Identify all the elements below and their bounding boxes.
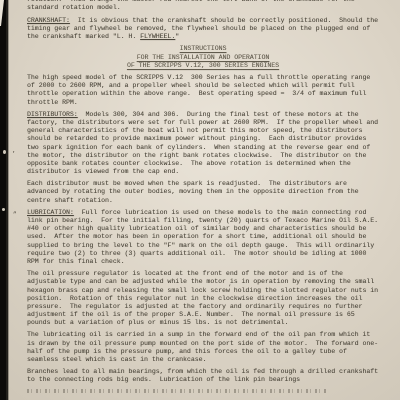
scan-edge-speck [3,150,6,154]
intro-fragment-text: rotation. This brings the master rod nea… [27,0,359,11]
heading-line-3: OF THE SCRIPPS V.12, 300 SERIES ENGINES [27,62,379,70]
document-text-column: rotation. This brings the master rod nea… [27,0,379,393]
branches-text: Branches lead to all main bearings, from… [27,368,382,383]
distributors-text: Models 300, 304 and 306. During the fina… [27,111,382,175]
paragraph-crankshaft: CRANKSHAFT: It is obvious that the crank… [27,17,379,41]
lubrication-text: Full force lubrication is used on these … [27,209,382,265]
heading-line-2: FOR THE INSTALLATION AND OPERATION [27,54,379,62]
clipped-text-line [27,389,327,393]
each-distributor-text: Each distributor must be moved when the … [27,180,362,203]
paragraph-oil-regulator: The oil pressure regulator is located at… [27,270,379,327]
paragraph-intro-fragment: rotation. This brings the master rod nea… [27,0,379,12]
scan-edge-speck [2,208,5,211]
high-speed-text: The high speed model of the SCRIPPS V.12… [27,74,374,105]
paragraph-oil-sump: The lubricating oil is carried in a sump… [27,331,379,363]
paragraph-distributors: DISTRIBUTORS: Models 300, 304 and 306. D… [27,111,379,176]
crankshaft-text: It is obvious that the crankshaft should… [27,17,382,40]
paper-speck: ” [13,212,17,218]
paragraph-branches: Branches lead to all main bearings, from… [27,368,379,384]
heading-line-1: INSTRUCTIONS [27,45,379,53]
heading-line-1-text: INSTRUCTIONS [180,45,227,52]
oil-regulator-text: The oil pressure regulator is located at… [27,270,382,326]
flywheel-underlined-word: FLYWHEEL. [140,33,175,40]
heading-line-2-text: FOR THE INSTALLATION AND OPERATION [137,54,270,61]
scanned-document-page: { "page": { "kind": "scanned typewritten… [0,0,400,400]
heading-line-3-text: OF THE SCRIPPS V.12, 300 SERIES ENGINES [127,62,279,69]
crankshaft-text-end: " [175,33,179,40]
paragraph-each-distributor: Each distributor must be moved when the … [27,180,379,204]
paper-speck: ’ [228,285,232,291]
scan-black-edge [0,0,9,400]
paragraph-lubrication: LUBRICATION: Full force lubrication is u… [27,209,379,266]
lubrication-label: LUBRICATION: [27,209,74,216]
crankshaft-label: CRANKSHAFT: [27,17,70,24]
oil-sump-text: The lubricating oil is carried in a sump… [27,331,378,362]
paragraph-high-speed: The high speed model of the SCRIPPS V.12… [27,74,379,106]
document-heading: INSTRUCTIONS FOR THE INSTALLATION AND OP… [27,45,379,69]
paper-sheet: rotation. This brings the master rod nea… [0,0,400,400]
distributors-label: DISTRIBUTORS: [27,111,78,118]
paper-speck: ‚ [12,148,16,154]
